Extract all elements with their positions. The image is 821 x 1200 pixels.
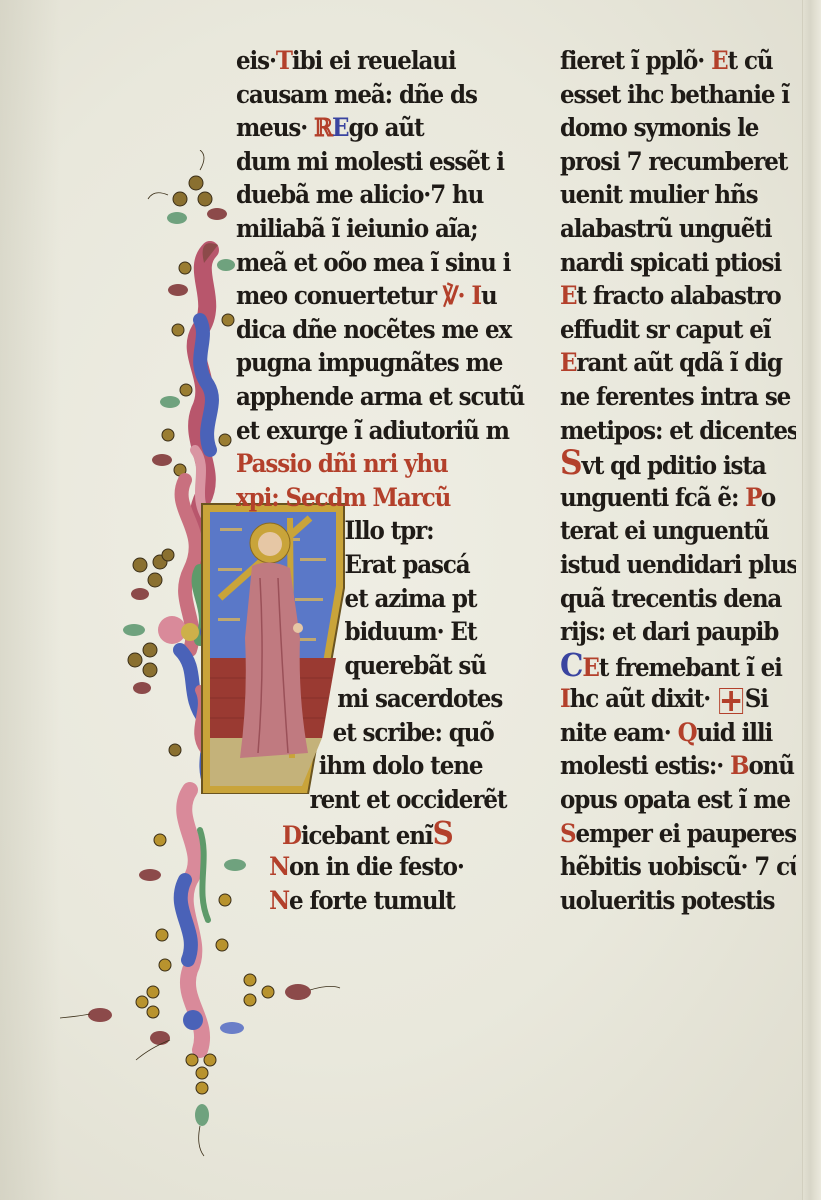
blue-initial: C — [560, 646, 582, 684]
text-line: et exurge ĩ adiutoriũ m — [236, 414, 512, 448]
text-line: effudit sr caput eĩ — [560, 313, 777, 347]
text-line: causam meã: dñe ds — [236, 78, 512, 112]
text-line: ihm dolo tene — [236, 749, 512, 783]
text-line: apphende arma et scutũ — [236, 380, 512, 414]
text-line: dum mi molesti essẽt i — [236, 145, 512, 179]
text-line: unguenti fcã ẽ: Po — [560, 481, 777, 515]
text-line: Illo tpr: — [236, 514, 512, 548]
text-line: uenit mulier hñs — [560, 178, 777, 212]
rubric-initial: S — [560, 443, 581, 483]
text-line: Non in die festo· — [236, 850, 512, 884]
responsory-sign: ℝ — [314, 113, 332, 142]
text-line: nite eam· Quid illi — [560, 716, 777, 750]
text-line: domo symonis le — [560, 111, 777, 145]
text-line: pugna impugnãtes me — [236, 346, 512, 380]
text-line: et scribe: quõ — [236, 716, 512, 750]
text-line: Erat pascá — [236, 548, 512, 582]
text-line: quã trecentis dena — [560, 582, 777, 616]
text-line: CEt fremebant ĩ ei — [560, 649, 777, 683]
text-column-left: eis·Tibi ei reuelaui causam meã: dñe ds … — [236, 44, 536, 917]
text-line: Dicebant enĩS — [236, 817, 512, 851]
text-line: miliabã ĩ ieiunio aĩa; — [236, 212, 512, 246]
text-line: et azima pt — [236, 582, 512, 616]
page-edge — [802, 0, 821, 1200]
text-line: meã et oõo mea ĩ sinu i — [236, 246, 512, 280]
red-cross-icon — [719, 688, 743, 714]
text-line: Semper ei pauperes — [560, 817, 777, 851]
text-line: Et fracto alabastro — [560, 279, 777, 313]
text-line: duebã me alicio·7 hu — [236, 178, 512, 212]
text-line: nardi spicati ptiosi — [560, 246, 777, 280]
blue-initial: E — [332, 113, 348, 142]
text-line: esset ihc bethanie ĩ — [560, 78, 777, 112]
text-line: Erant aũt qdã ĩ dig — [560, 346, 777, 380]
text-line: rijs: et dari paupib — [560, 615, 777, 649]
text-line: meo conuertetur ℣· Iu — [236, 279, 512, 313]
text-line: querebãt sũ — [236, 649, 512, 683]
text-line: rent et occiderẽt — [236, 783, 512, 817]
text-line: metipos: et dicentes — [560, 414, 777, 448]
text-line: Ne forte tumult — [236, 884, 512, 918]
text-line: dica dñe nocẽtes me ex — [236, 313, 512, 347]
text-line: Ihc aũt dixit· Si — [560, 682, 777, 716]
text-line: meus· ℝEgo aũt — [236, 111, 512, 145]
text-line: biduum· Et — [236, 615, 512, 649]
rubric-heading: xpi: Secdm Marcũ — [236, 481, 512, 515]
text-line: ne ferentes intra se — [560, 380, 777, 414]
text-line: opus opata est ĩ me — [560, 783, 777, 817]
text-line: alabastrũ unguẽti — [560, 212, 777, 246]
rubric-heading: Passio dñi nri yhu — [236, 447, 512, 481]
text-line: istud uendidari plus — [560, 548, 777, 582]
text-line: hẽbitis uobiscũ· 7 cũ — [560, 850, 777, 884]
text-line: prosi 7 recumberet — [560, 145, 777, 179]
text-line: mi sacerdotes — [236, 682, 512, 716]
text-line: eis·Tibi ei reuelaui — [236, 44, 512, 78]
text-line: Svt qd pditio ista — [560, 447, 777, 481]
text-line: molesti estis:· Bonũ — [560, 749, 777, 783]
text-column-right: fieret ĩ pplõ· Et cũ esset ihc bethanie … — [560, 44, 796, 917]
text-line: terat ei unguentũ — [560, 514, 777, 548]
versicle-sign: ℣· I — [443, 281, 481, 310]
text-line: fieret ĩ pplõ· Et cũ — [560, 44, 777, 78]
gold-bud-cluster-icon — [173, 176, 212, 206]
text-line: uolueritis potestis — [560, 884, 777, 918]
rubric-initial: S — [433, 814, 453, 852]
